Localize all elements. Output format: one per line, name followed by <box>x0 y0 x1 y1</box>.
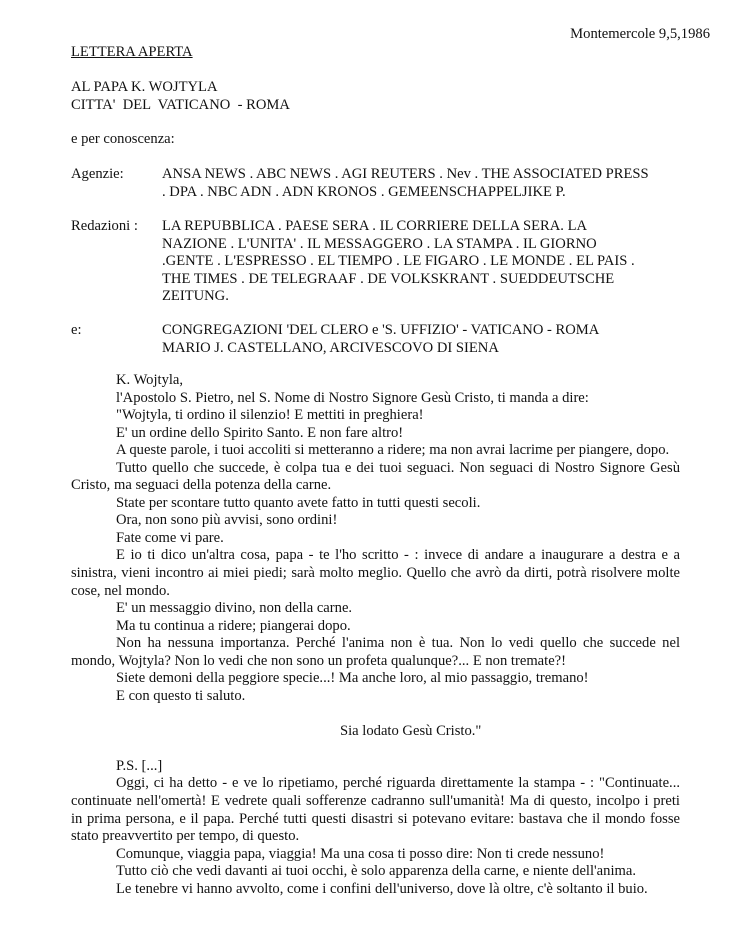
recipients-line: ANSA NEWS . ABC NEWS . AGI REUTERS . Nev… <box>162 166 682 184</box>
addressee-line-2: CITTA' DEL VATICANO - ROMA <box>71 97 290 115</box>
letter-title: LETTERA APERTA <box>71 44 193 62</box>
addressee-line-1: AL PAPA K. WOJTYLA <box>71 79 218 97</box>
recipients-line: .GENTE . L'ESPRESSO . EL TIEMPO . LE FIG… <box>162 253 682 271</box>
body-paragraph: E con questo ti saluto. <box>71 688 680 706</box>
recipients-newsrooms: LA REPUBBLICA . PAESE SERA . IL CORRIERE… <box>162 218 682 306</box>
body-paragraph: Tutto quello che succede, è colpa tua e … <box>71 460 680 495</box>
recipients-agencies: ANSA NEWS . ABC NEWS . AGI REUTERS . Nev… <box>162 166 682 201</box>
body-paragraph: Siete demoni della peggiore specie...! M… <box>71 670 680 688</box>
recipients-line: NAZIONE . L'UNITA' . IL MESSAGGERO . LA … <box>162 236 682 254</box>
salutation: K. Wojtyla, <box>71 372 680 390</box>
body-paragraph: l'Apostolo S. Pietro, nel S. Nome di Nos… <box>71 390 680 408</box>
ps-paragraph: Comunque, viaggia papa, viaggia! Ma una … <box>71 846 680 864</box>
body-paragraph: E' un messaggio divino, non della carne. <box>71 600 680 618</box>
body-paragraph: Non ha nessuna importanza. Perché l'anim… <box>71 635 680 670</box>
letter-page: Montemercole 9,5,1986 LETTERA APERTA AL … <box>0 0 750 927</box>
body-paragraph: Fate come vi pare. <box>71 530 680 548</box>
ps-paragraph: Oggi, ci ha detto - e ve lo ripetiamo, p… <box>71 775 680 845</box>
recipients-line: CONGREGAZIONI 'DEL CLERO e 'S. UFFIZIO' … <box>162 322 682 340</box>
cc-intro: e per conoscenza: <box>71 131 175 149</box>
body-paragraph: Ma tu continua a ridere; piangerai dopo. <box>71 618 680 636</box>
recipients-line: . DPA . NBC ADN . ADN KRONOS . GEMEENSCH… <box>162 184 682 202</box>
recipients-other: CONGREGAZIONI 'DEL CLERO e 'S. UFFIZIO' … <box>162 322 682 357</box>
body-paragraph: Ora, non sono più avvisi, sono ordini! <box>71 512 680 530</box>
body-paragraph: "Wojtyla, ti ordino il silenzio! E metti… <box>71 407 680 425</box>
recipients-other-label: e: <box>71 322 82 340</box>
body-paragraph: E' un ordine dello Spirito Santo. E non … <box>71 425 680 443</box>
recipients-line: ZEITUNG. <box>162 288 682 306</box>
recipients-line: LA REPUBBLICA . PAESE SERA . IL CORRIERE… <box>162 218 682 236</box>
recipients-newsrooms-label: Redazioni : <box>71 218 138 236</box>
recipients-line: THE TIMES . DE TELEGRAAF . DE VOLKSKRANT… <box>162 271 682 289</box>
body-paragraph: E io ti dico un'altra cosa, papa - te l'… <box>71 547 680 600</box>
ps-paragraph: Le tenebre vi hanno avvolto, come i conf… <box>71 881 680 899</box>
ps-heading: P.S. [...] <box>71 758 680 776</box>
closing-blessing: Sia lodato Gesù Cristo." <box>71 723 680 741</box>
recipients-agencies-label: Agenzie: <box>71 166 124 184</box>
ps-paragraph: Tutto ciò che vedi davanti ai tuoi occhi… <box>71 863 680 881</box>
body-paragraph: State per scontare tutto quanto avete fa… <box>71 495 680 513</box>
letter-body: K. Wojtyla, l'Apostolo S. Pietro, nel S.… <box>71 372 680 898</box>
body-paragraph: A queste parole, i tuoi accoliti si mett… <box>71 442 680 460</box>
recipients-line: MARIO J. CASTELLANO, ARCIVESCOVO DI SIEN… <box>162 340 682 358</box>
place-date: Montemercole 9,5,1986 <box>570 26 710 44</box>
